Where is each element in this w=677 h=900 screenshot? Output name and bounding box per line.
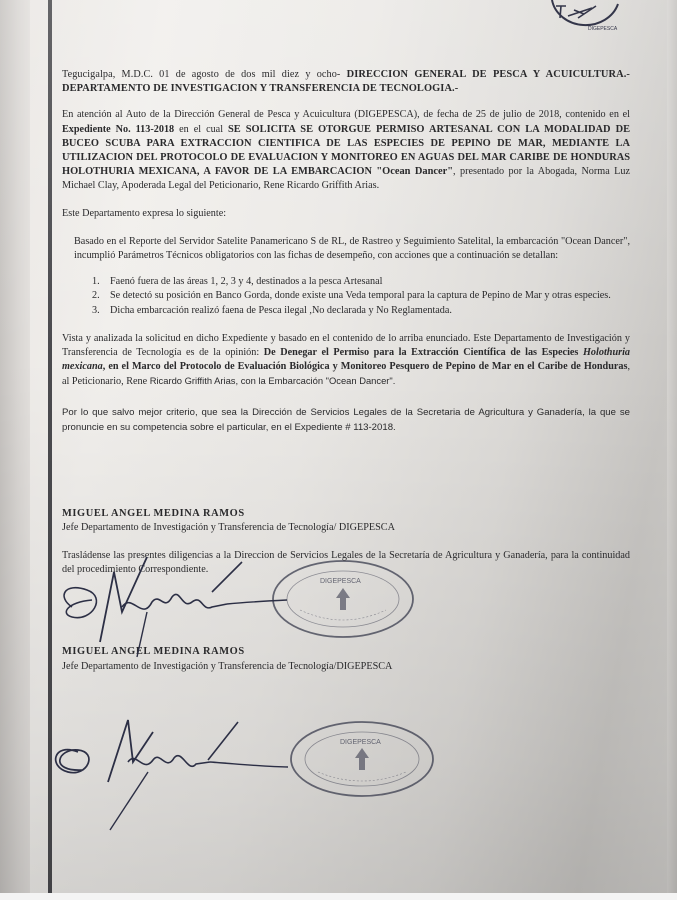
document-page: DIGEPESCA DIGEPESCA DIGEPESCA Tegucigalp… xyxy=(0,0,677,893)
signatory-1-title: Jefe Departamento de Investigación y Tra… xyxy=(62,521,630,535)
attention-intro: En atención al Auto de la Dirección Gene… xyxy=(62,109,630,120)
page-right-shadow xyxy=(667,0,677,893)
official-stamp-2-icon: DIGEPESCA xyxy=(288,718,436,800)
expediente-number: Expediente No. 113-2018 xyxy=(62,124,174,135)
svg-text:DIGEPESCA: DIGEPESCA xyxy=(588,26,618,32)
signatory-1-name: MIGUEL ANGEL MEDINA RAMOS xyxy=(62,507,630,521)
page-left-shadow xyxy=(0,0,30,893)
opinion-decision: De Denegar el Permiso para la Extracción… xyxy=(264,347,583,358)
place-date: Tegucigalpa, M.D.C. 01 de agosto de dos … xyxy=(62,69,340,80)
svg-text:DIGEPESCA: DIGEPESCA xyxy=(340,739,381,746)
signature-1-scribble xyxy=(52,552,302,662)
attention-connector: en el cual xyxy=(174,124,228,135)
opinion-framework: , en el Marco del Protocolo de Evaluació… xyxy=(103,361,628,372)
finding-item: 3.Dicha embarcación realizó faena de Pes… xyxy=(110,304,630,318)
department-statement: Este Departamento expresa lo siguiente: xyxy=(62,207,630,221)
finding-item: 2.Se detectó su posición en Banco Gorda,… xyxy=(110,289,630,303)
referral-paragraph: Por lo que salvo mejor criterio, que sea… xyxy=(62,405,630,435)
signature-2-scribble xyxy=(38,712,298,832)
opinion-paragraph: Vista y analizada la solicitud en dicho … xyxy=(62,332,630,390)
finding-number: 1. xyxy=(92,275,100,289)
finding-text: Se detectó su posición en Banco Gorda, d… xyxy=(110,290,611,301)
finding-number: 3. xyxy=(92,304,100,318)
finding-text: Dicha embarcación realizó faena de Pesca… xyxy=(110,305,452,316)
finding-item: 1.Faenó fuera de las áreas 1, 2, 3 y 4, … xyxy=(110,275,630,289)
header-paragraph: Tegucigalpa, M.D.C. 01 de agosto de dos … xyxy=(62,68,630,96)
signature-1-space xyxy=(62,435,630,507)
opinion-vessel: Ricardo Griffith Arias, con la Embarcaci… xyxy=(150,375,396,386)
finding-text: Faenó fuera de las áreas 1, 2, 3 y 4, de… xyxy=(110,276,382,287)
corner-stamp-icon: DIGEPESCA xyxy=(548,0,620,38)
findings-list: 1.Faenó fuera de las áreas 1, 2, 3 y 4, … xyxy=(62,275,630,318)
page-bottom-edge xyxy=(0,893,677,900)
based-on-paragraph: Basado en el Reporte del Servidor Sateli… xyxy=(62,235,630,263)
finding-number: 2. xyxy=(92,289,100,303)
attention-paragraph: En atención al Auto de la Dirección Gene… xyxy=(62,108,630,193)
